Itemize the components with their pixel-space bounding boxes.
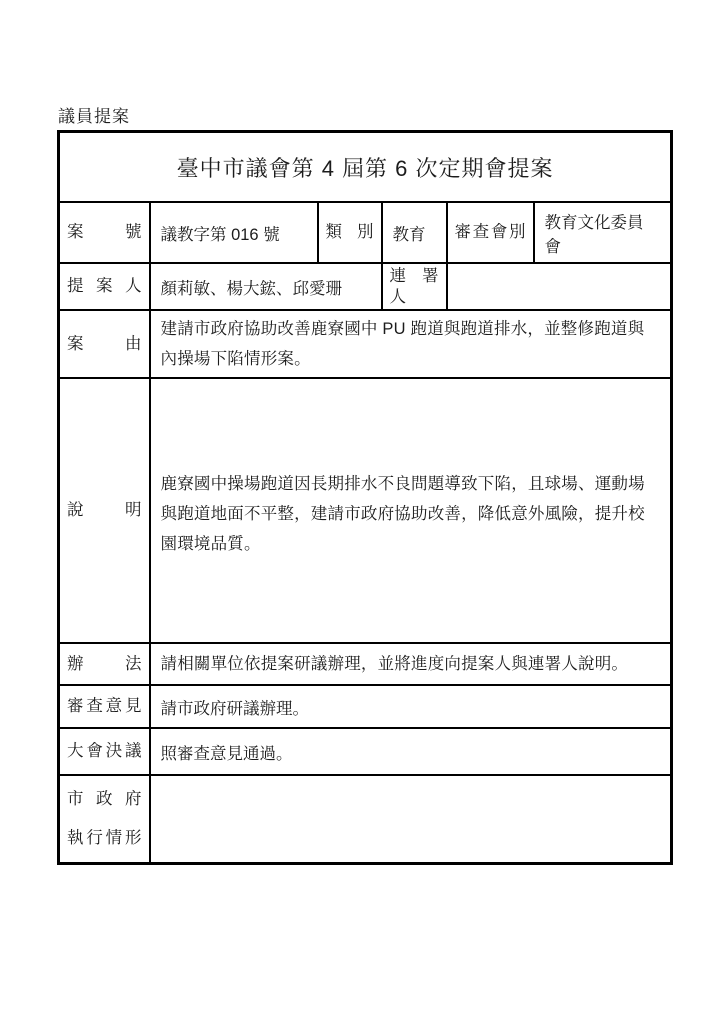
city-gov-execution-row: 市政府 執行情形: [59, 775, 672, 864]
method-value-cell: 請相關單位依提案研議辦理，並將進度向提案人與連署人說明。: [150, 643, 672, 685]
method-value: 請相關單位依提案研議辦理，並將進度向提案人與連署人說明。: [161, 649, 658, 679]
proposers-label: 提案人: [67, 276, 142, 297]
title-row: 臺中市議會第 4 屆第 6 次定期會提案: [59, 132, 672, 203]
assembly-resolution-value: 照審查意見通過。: [161, 745, 293, 763]
case-number-value: 議教字第 016 號: [161, 226, 280, 244]
cosigners-value-cell: [447, 263, 672, 310]
subject-label: 案由: [67, 334, 142, 355]
assembly-resolution-label-cell: 大會決議: [59, 728, 150, 775]
assembly-resolution-label: 大會決議: [67, 741, 142, 762]
city-gov-execution-label-line2: 執行情形: [67, 828, 142, 849]
review-committee-value: 教育文化委員會: [545, 214, 644, 256]
city-gov-execution-label-line1: 市政府: [67, 789, 142, 810]
proposal-form-table: 臺中市議會第 4 屆第 6 次定期會提案 案號 議教字第 016 號 類別 教育…: [57, 130, 673, 865]
explanation-value-cell: 鹿寮國中操場跑道因長期排水不良問題導致下陷，且球場、運動場與跑道地面不平整，建請…: [150, 378, 672, 643]
category-value: 教育: [393, 226, 426, 244]
subject-label-cell: 案由: [59, 310, 150, 378]
category-label-cell: 類別: [318, 202, 382, 263]
review-opinion-row: 審查意見 請市政府研議辦理。: [59, 685, 672, 728]
review-opinion-value-cell: 請市政府研議辦理。: [150, 685, 672, 728]
case-number-row: 案號 議教字第 016 號 類別 教育 審查會別 教育文化委員會: [59, 202, 672, 263]
title-cell: 臺中市議會第 4 屆第 6 次定期會提案: [59, 132, 672, 203]
method-row: 辦法 請相關單位依提案研議辦理，並將進度向提案人與連署人說明。: [59, 643, 672, 685]
document-page: 議員提案 臺中市議會第 4 屆第 6 次定期會提案 案號 議教字第 016 號 …: [0, 0, 724, 1024]
review-committee-label-cell: 審查會別: [447, 202, 534, 263]
method-label-cell: 辦法: [59, 643, 150, 685]
doc-type-label: 議員提案: [58, 102, 130, 127]
cosigners-label-cell: 連署人: [382, 263, 447, 310]
proposers-label-cell: 提案人: [59, 263, 150, 310]
form-title: 臺中市議會第 4 屆第 6 次定期會提案: [177, 156, 554, 181]
assembly-resolution-row: 大會決議 照審查意見通過。: [59, 728, 672, 775]
proposers-row: 提案人 顏莉敏、楊大鋐、邱愛珊 連署人: [59, 263, 672, 310]
proposers-value: 顏莉敏、楊大鋐、邱愛珊: [161, 280, 343, 298]
category-label: 類別: [326, 222, 374, 243]
review-opinion-label-cell: 審查意見: [59, 685, 150, 728]
explanation-label-cell: 說明: [59, 378, 150, 643]
case-number-label: 案號: [67, 222, 142, 243]
subject-value-cell: 建請市政府協助改善鹿寮國中 PU 跑道與跑道排水，並整修跑道與內操場下陷情形案。: [150, 310, 672, 378]
review-opinion-label: 審查意見: [67, 696, 142, 717]
city-gov-execution-value-cell: [150, 775, 672, 864]
review-committee-label: 審查會別: [455, 222, 526, 243]
subject-row: 案由 建請市政府協助改善鹿寮國中 PU 跑道與跑道排水，並整修跑道與內操場下陷情…: [59, 310, 672, 378]
category-value-cell: 教育: [382, 202, 447, 263]
proposers-value-cell: 顏莉敏、楊大鋐、邱愛珊: [150, 263, 382, 310]
assembly-resolution-value-cell: 照審查意見通過。: [150, 728, 672, 775]
explanation-row: 說明 鹿寮國中操場跑道因長期排水不良問題導致下陷，且球場、運動場與跑道地面不平整…: [59, 378, 672, 643]
method-label: 辦法: [67, 654, 142, 675]
review-opinion-value: 請市政府研議辦理。: [161, 700, 310, 718]
subject-value: 建請市政府協助改善鹿寮國中 PU 跑道與跑道排水，並整修跑道與內操場下陷情形案。: [161, 314, 658, 374]
case-number-label-cell: 案號: [59, 202, 150, 263]
case-number-value-cell: 議教字第 016 號: [150, 202, 318, 263]
city-gov-execution-label-cell: 市政府 執行情形: [59, 775, 150, 864]
cosigners-label: 連署人: [390, 266, 439, 307]
explanation-label: 說明: [67, 500, 142, 521]
review-committee-value-cell: 教育文化委員會: [534, 202, 672, 263]
explanation-value: 鹿寮國中操場跑道因長期排水不良問題導致下陷，且球場、運動場與跑道地面不平整，建請…: [161, 469, 658, 559]
